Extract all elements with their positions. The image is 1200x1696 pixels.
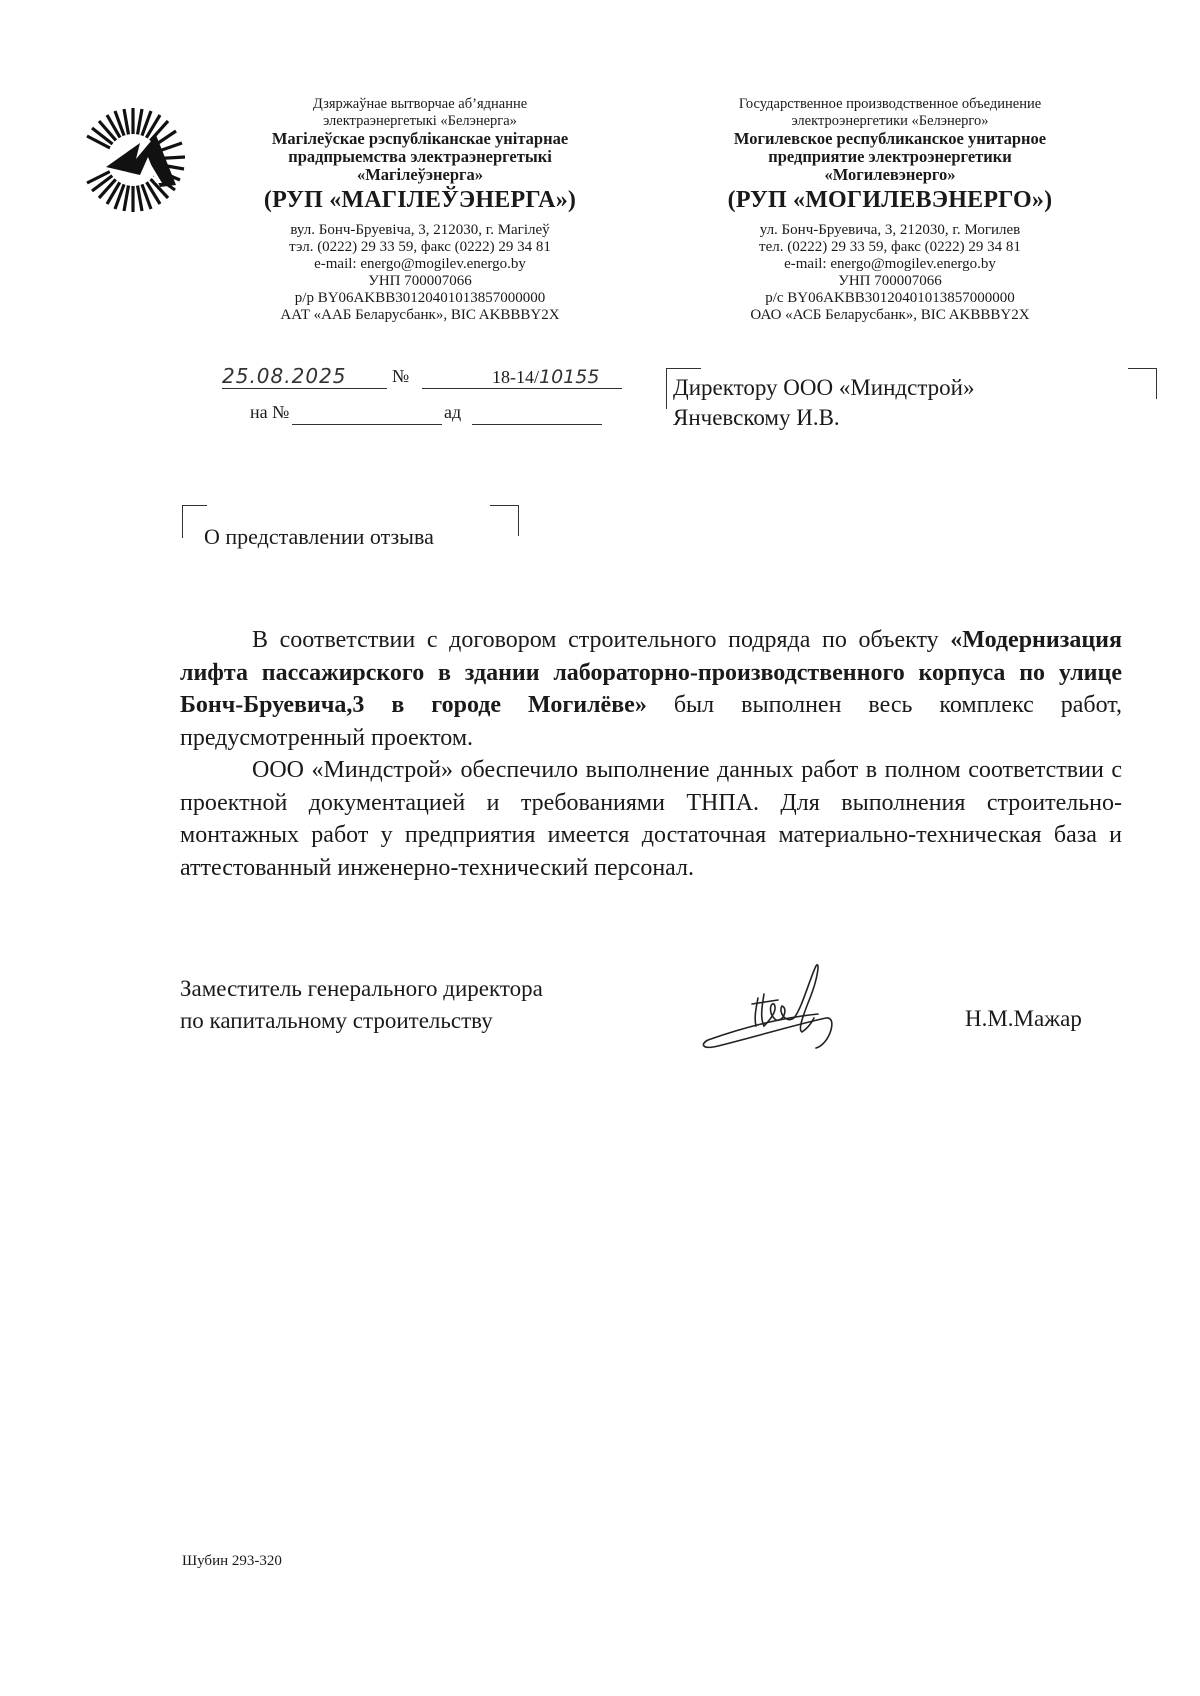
org-address: ул. Бонч-Бруевича, 3, 212030, г. Могилев [680,222,1100,239]
org-name-line2: предприятие электроэнергетики [680,148,1100,166]
org-name-line3: «Магілеўэнерга» [220,166,620,184]
executor-note: Шубин 293-320 [182,1553,282,1570]
reference-line: на № ад [250,402,630,428]
org-bank: ААТ «ААБ Беларусбанк», BIC AKBBBY2X [220,307,620,324]
org-account: р/с BY06AKBB30120401013857000000 [680,290,1100,307]
letter-body: В соответствии с договором строительного… [180,624,1122,884]
addressee-position: Директору ООО «Миндстрой» [673,373,974,403]
registration-line: 25.08.2025 № 18-14/10155 [222,364,622,390]
org-short-name: (РУП «МАГІЛЕЎЭНЕРГА») [220,184,620,216]
signatory-name: Н.М.Мажар [965,1006,1082,1032]
letterhead-russian: Государственное производственное объедин… [680,96,1100,324]
outgoing-date: 25.08.2025 [222,364,387,389]
ref-date-blank [472,402,602,425]
org-email: e-mail: energo@mogilev.energo.by [680,256,1100,273]
org-name-line2: прадпрыемства электраэнергетыкі [220,148,620,166]
body-paragraph-1: В соответствии с договором строительного… [180,624,1122,754]
org-bank: ОАО «АСБ Беларусбанк», BIC AKBBBY2X [680,307,1100,324]
org-account: р/р BY06AKBB30120401013857000000 [220,290,620,307]
org-phone: тэл. (0222) 29 33 59, факс (0222) 29 34 … [220,239,620,256]
energy-logo-icon [78,105,188,215]
ref-number-blank [292,402,442,425]
addressee: Директору ООО «Миндстрой» Янчевскому И.В… [673,373,974,433]
org-unp: УНП 700007066 [220,273,620,290]
org-name-line1: Магілеўскае рэспубліканскае унітарнае [220,130,620,148]
org-parent-line1: Государственное производственное объедин… [680,96,1100,113]
letter-subject: О представлении отзыва [204,524,434,550]
signatory-title: Заместитель генерального директора по ка… [180,973,543,1037]
org-address: вул. Бонч-Бруевіча, 3, 212030, г. Магіле… [220,222,620,239]
org-unp: УНП 700007066 [680,273,1100,290]
org-email: e-mail: energo@mogilev.energo.by [220,256,620,273]
outgoing-number-field: 18-14/10155 [422,364,622,389]
org-parent-line2: электраэнергетыкі «Белэнерга» [220,113,620,130]
address-corner-mark [1128,368,1157,399]
org-parent-line1: Дзяржаўнае вытворчае аб’яднанне [220,96,620,113]
org-short-name: (РУП «МОГИЛЕВЭНЕРГО») [680,184,1100,216]
outgoing-number-handwritten: 10155 [539,366,599,388]
outgoing-number-printed: 18-14/ [492,367,539,387]
ref-from-label: ад [444,402,461,423]
org-parent-line2: электроэнергетики «Белэнерго» [680,113,1100,130]
subject-corner-mark [490,505,519,536]
org-name-line3: «Могилевэнерго» [680,166,1100,184]
ref-number-label: на № [250,402,289,423]
addressee-name: Янчевскому И.В. [673,403,974,433]
handwritten-signature-icon [698,958,898,1058]
number-label: № [392,366,409,387]
org-phone: тел. (0222) 29 33 59, факс (0222) 29 34 … [680,239,1100,256]
body-paragraph-2: ООО «Миндстрой» обеспечило выполнение да… [180,754,1122,884]
letterhead-belarusian: Дзяржаўнае вытворчае аб’яднанне электраэ… [220,96,620,324]
org-name-line1: Могилевское республиканское унитарное [680,130,1100,148]
